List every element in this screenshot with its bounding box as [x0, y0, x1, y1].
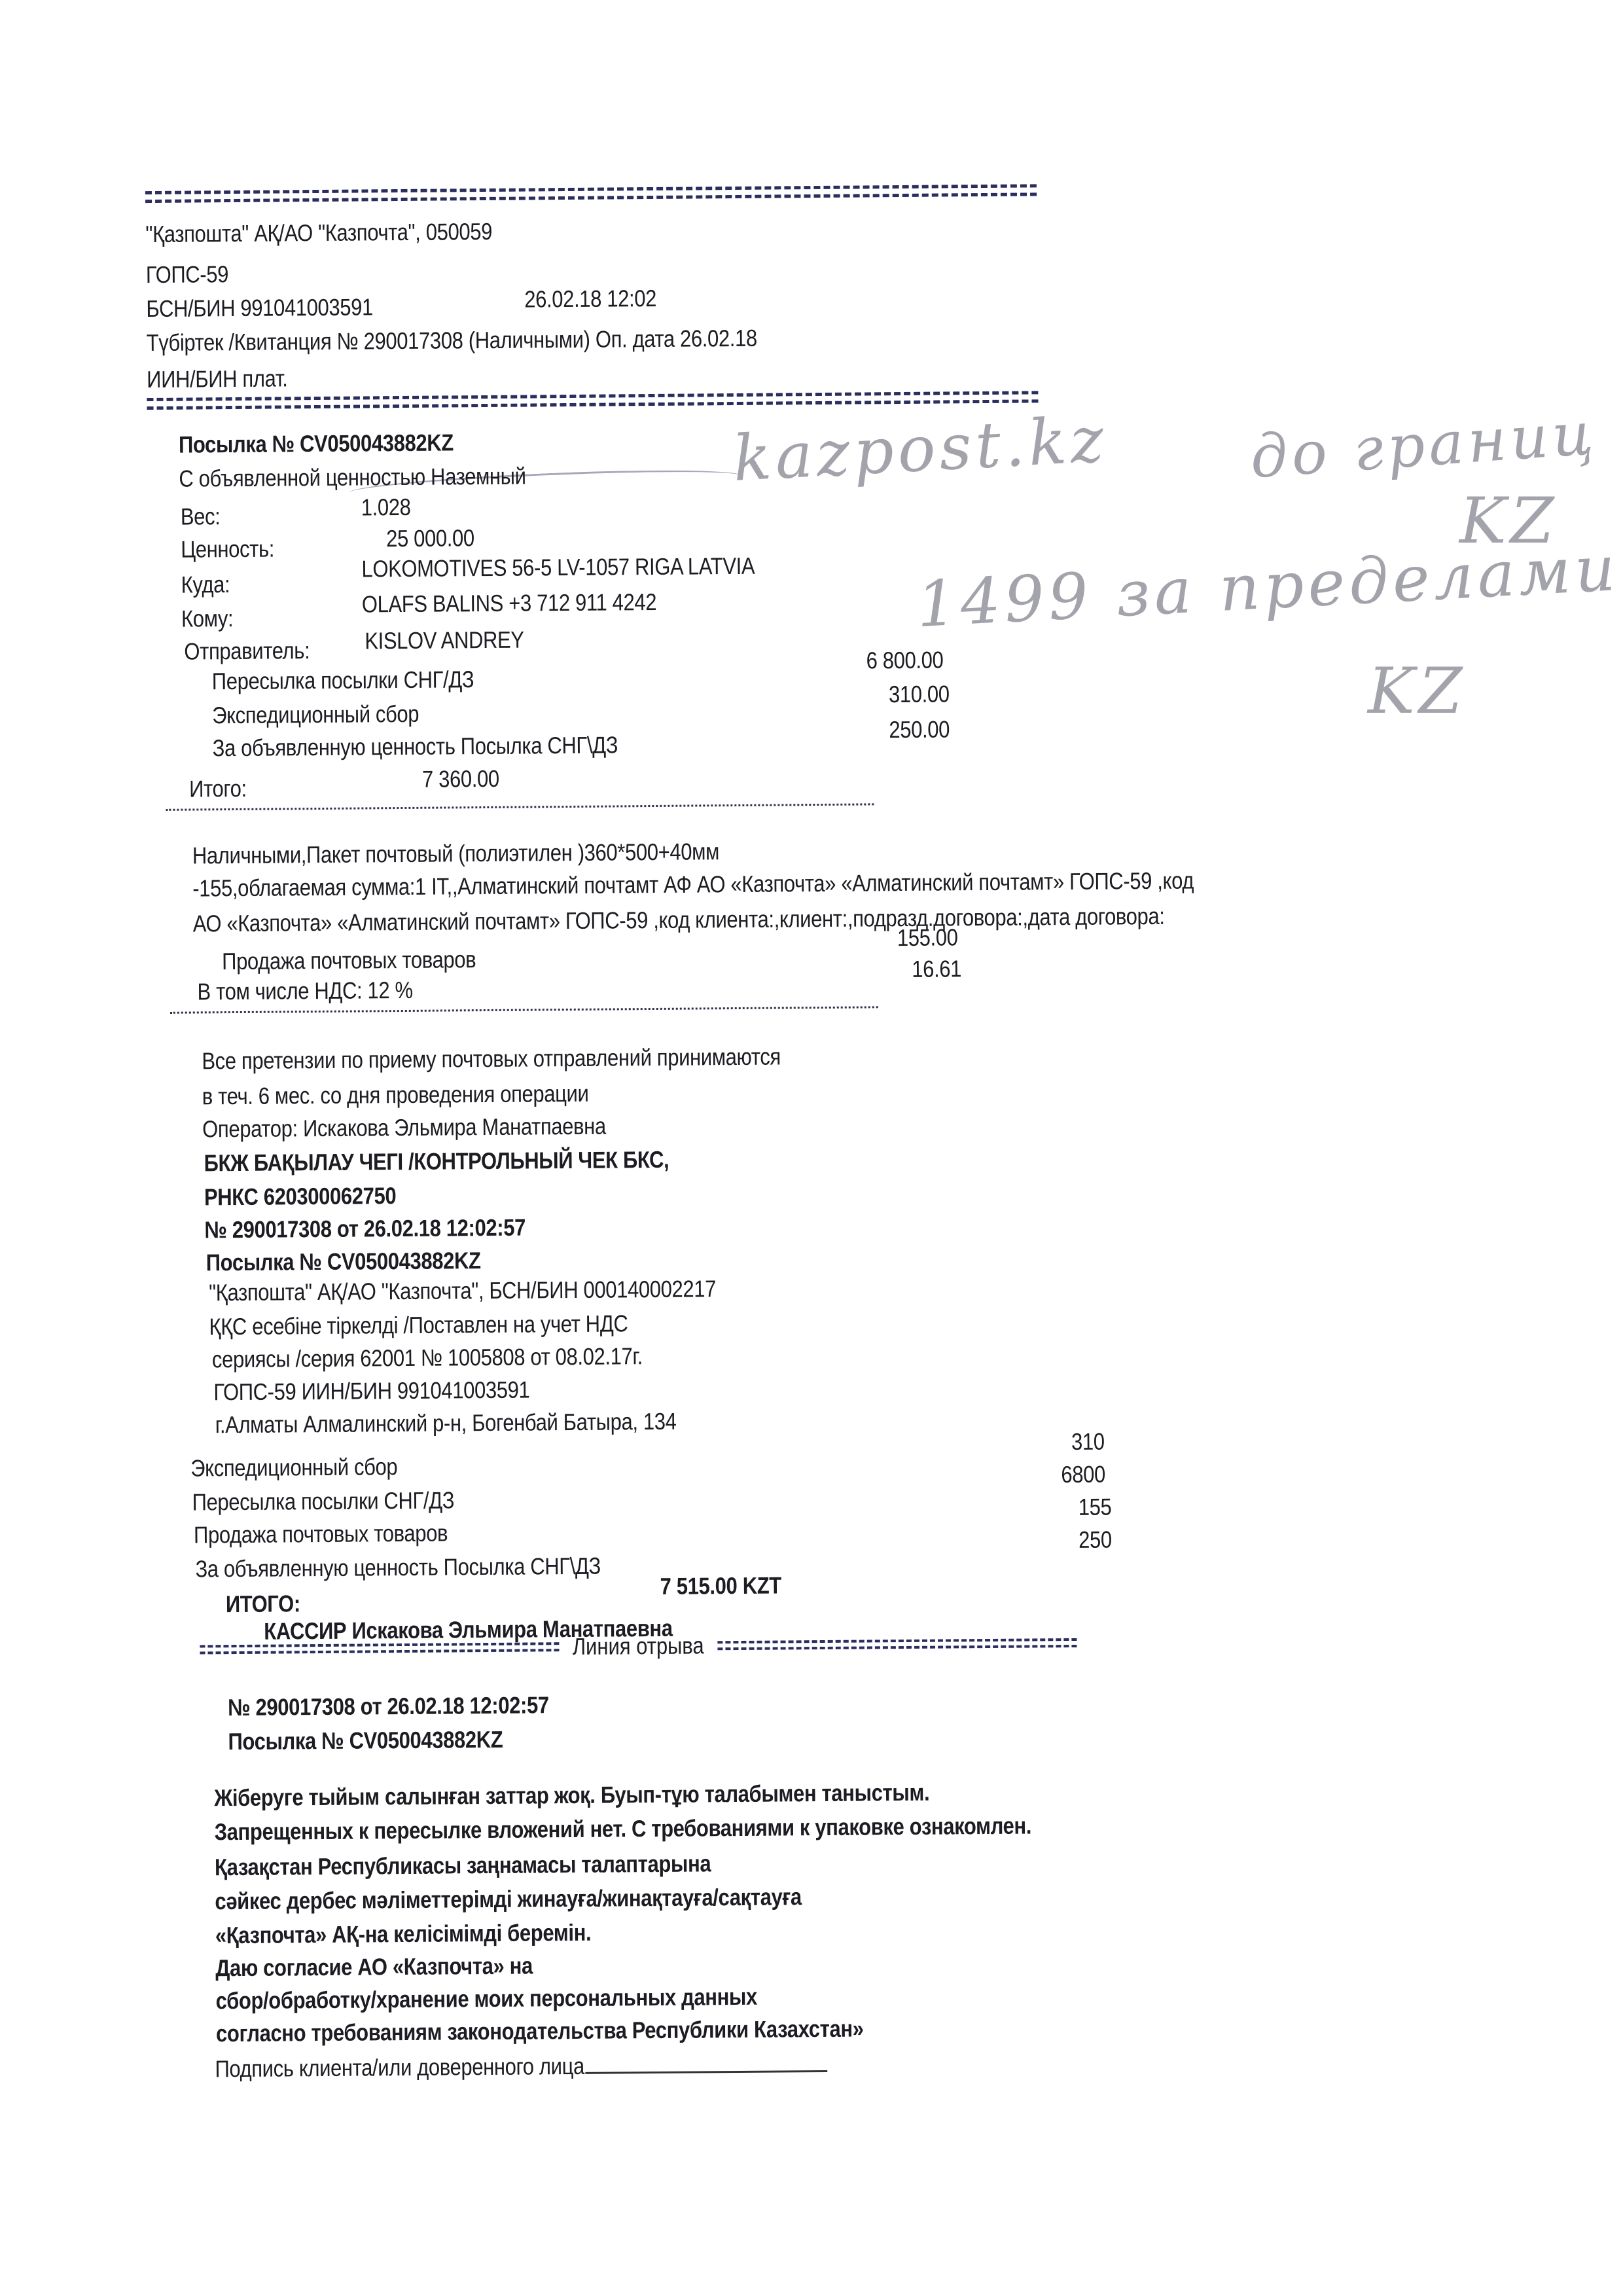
fiscal-branch-bin: ГОПС-59 ИИН/БИН 991041003591 [213, 1378, 529, 1405]
charge-amount-forwarding: 6 800.00 [866, 649, 943, 673]
fiscal-item-label-forwarding: Пересылка посылки СНГ/ДЗ [192, 1488, 455, 1514]
field-value-destination: LOKOMOTIVES 56-5 LV-1057 RIGA LATVIA [361, 554, 755, 581]
fiscal-item-amount-declared-value: 250 [1079, 1528, 1112, 1552]
tear-number: № 290017308 от 26.02.18 12:02:57 [228, 1693, 549, 1719]
consent-line-2: Запрещенных к пересылке вложений нет. С … [214, 1814, 1031, 1844]
fiscal-item-amount-expedition: 310 [1071, 1430, 1105, 1454]
branch: ГОПС-59 [146, 262, 228, 287]
fiscal-parcel: Посылка № CV050043882KZ [206, 1249, 481, 1274]
consent-line-3: Қазақстан Республикасы заңнамасы талапта… [215, 1852, 711, 1879]
field-value-recipient: OLAFS BALINS +3 712 911 4242 [362, 590, 656, 617]
charge-label-expedition: Экспедиционный сбор [212, 702, 419, 727]
handwritten-note-kz-2: KZ [1368, 655, 1466, 728]
payer-id-label: ИИН/БИН плат. [147, 367, 288, 391]
separator-double [147, 391, 1038, 410]
consent-line-8: согласно требованиям законодательства Ре… [216, 2017, 864, 2046]
tear-dash-right [717, 1638, 1077, 1650]
parcel-type: С объявленной ценностью Наземный [179, 465, 526, 491]
vat-label: В том числе НДС: 12 % [197, 978, 412, 1004]
fiscal-total-label: ИТОГО: [226, 1592, 300, 1616]
separator-double [145, 184, 1037, 203]
charge-amount-declared-value: 250.00 [889, 717, 950, 742]
fiscal-title: БКЖ БАҚЫЛАУ ЧЕГІ /КОНТРОЛЬНЫЙ ЧЕК БКС, [204, 1148, 669, 1175]
bin: БСН/БИН 991041003591 [146, 295, 373, 321]
fiscal-item-label-goods: Продажа почтовых товаров [194, 1521, 448, 1547]
consent-line-1: Жіберуге тыйым салынған заттар жоқ. Буып… [214, 1781, 929, 1810]
parcel-title: Посылка № CV050043882KZ [179, 431, 454, 456]
parcel-total-label: Итого: [189, 777, 247, 801]
consent-line-5: «Қазпочта» АҚ-на келісімімді беремін. [215, 1921, 592, 1948]
tear-off-label: Линия отрыва [570, 1632, 706, 1660]
signature-row: Подпись клиента/или доверенного лица [215, 2053, 827, 2081]
goods-line-1: Наличными,Пакет почтовый (полиэтилен )36… [192, 840, 719, 867]
datetime: 26.02.18 12:02 [524, 287, 656, 312]
goods-item-label: Продажа почтовых товаров [222, 948, 476, 973]
org-line: "Қазпошта" АҚ/АО "Казпочта", 050059 [145, 220, 492, 246]
goods-line-2: -155,облагаемая сумма:1 IT,,Алматинский … [192, 869, 1194, 901]
field-label-recipient: Кому: [181, 607, 234, 631]
field-value-weight: 1.028 [361, 495, 411, 520]
charge-amount-expedition: 310.00 [889, 682, 950, 706]
fiscal-address: г.Алматы Алмалинский р-н, Богенбай Батыр… [215, 1410, 677, 1437]
fiscal-item-label-expedition: Экспедиционный сбор [190, 1455, 397, 1480]
field-label-destination: Куда: [181, 573, 230, 597]
fiscal-rnks: РНКС 620300062750 [204, 1184, 397, 1209]
postal-receipt: "Қазпошта" АҚ/АО "Казпочта", 050059 ГОПС… [0, 0, 1623, 2296]
tear-dash-left [200, 1642, 559, 1654]
parcel-total-value: 7 360.00 [422, 767, 499, 791]
claims-line-2: в теч. 6 мес. со дня проведения операции [202, 1082, 589, 1109]
vat-amount: 16.61 [912, 957, 961, 981]
tear-parcel: Посылка № CV050043882KZ [228, 1728, 503, 1753]
fiscal-item-amount-forwarding: 6800 [1061, 1463, 1105, 1487]
field-label-value: Ценность: [181, 537, 274, 562]
fiscal-org-bin: "Қазпошта" АҚ/АО "Казпочта", БСН/БИН 000… [209, 1277, 716, 1304]
separator-dotted [170, 1006, 878, 1013]
charge-label-forwarding: Пересылка посылки СНГ/ДЗ [212, 668, 474, 693]
field-label-weight: Вес: [181, 505, 221, 528]
fiscal-number: № 290017308 от 26.02.18 12:02:57 [204, 1216, 526, 1242]
field-value-sender: KISLOV ANDREY [365, 628, 524, 653]
field-label-sender: Отправитель: [184, 639, 310, 664]
consent-line-6: Даю согласие АО «Казпочта» на [215, 1954, 533, 1980]
fiscal-total-value: 7 515.00 KZT [660, 1573, 781, 1598]
signature-label: Подпись клиента/или доверенного лица [215, 2053, 584, 2082]
fiscal-item-amount-goods: 155 [1079, 1496, 1112, 1519]
fiscal-series: сериясы /серия 62001 № 1005808 от 08.02.… [212, 1344, 643, 1371]
consent-line-4: сәйкес дербес мәліметтерімді жинауға/жин… [215, 1885, 802, 1913]
operator: Оператор: Искакова Эльмира Манатпаевна [202, 1115, 606, 1141]
receipt-line: Түбіртек /Квитанция № 290017308 (Наличны… [147, 327, 757, 355]
field-value-value: 25 000.00 [386, 526, 474, 550]
consent-line-7: сбор/обработку/хранение моих персональны… [216, 1985, 758, 2013]
fiscal-item-label-declared-value: За объявленную ценность Посылка СНГ\ДЗ [195, 1554, 601, 1581]
goods-item-amount: 155.00 [897, 925, 958, 950]
fiscal-vat-reg: ҚҚС есебіне тіркелді /Поставлен на учет … [209, 1312, 628, 1338]
separator-dotted [166, 803, 874, 810]
charge-label-declared-value: За объявленную ценность Посылка СНГ\ДЗ [212, 733, 618, 760]
goods-line-3: АО «Казпочта» «Алматинский почтамт» ГОПС… [193, 905, 1165, 936]
claims-line-1: Все претензии по приему почтовых отправл… [202, 1045, 781, 1073]
signature-line[interactable] [586, 2070, 828, 2074]
